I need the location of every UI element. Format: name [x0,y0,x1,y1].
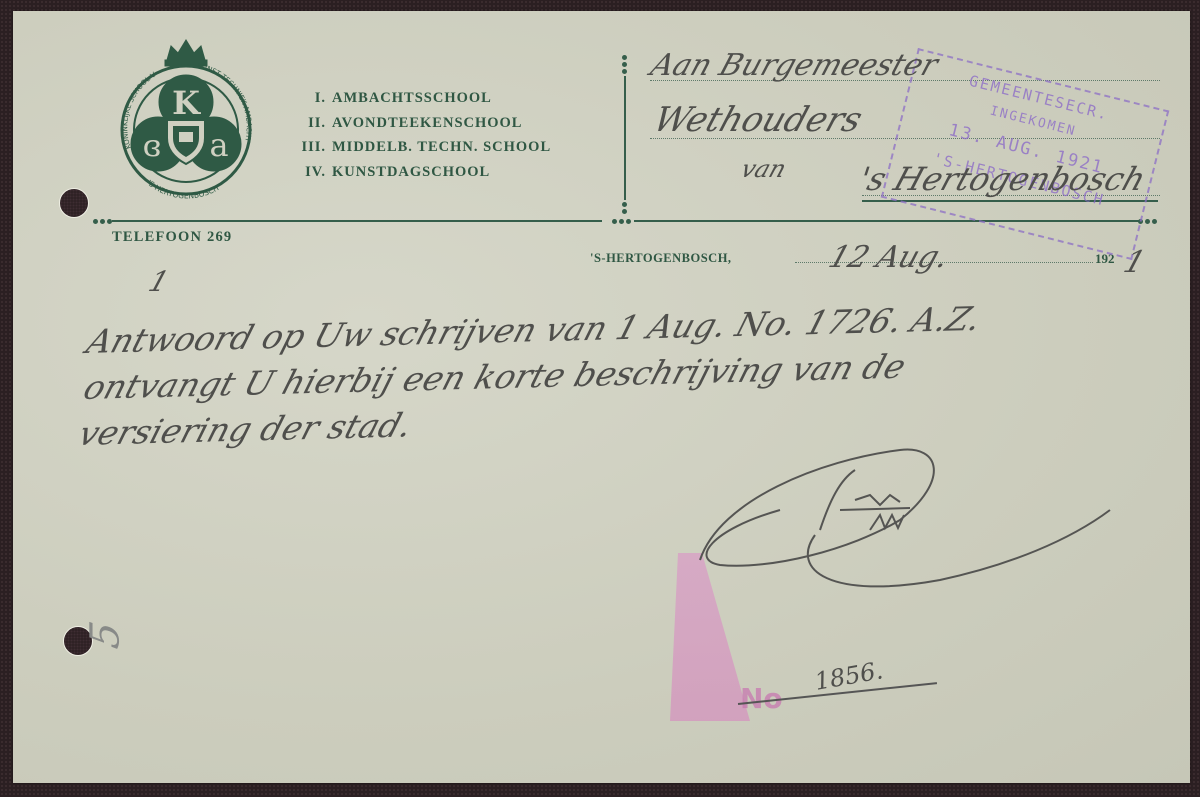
svg-text:ɞ: ɞ [143,129,161,164]
rule-dot [612,219,617,224]
svg-text:a: a [209,126,228,164]
svg-text:K: K [172,84,201,122]
punch-hole-top [59,188,89,218]
telephone-number: TELEFOON 269 [112,229,232,246]
rule-dot [107,219,112,224]
school-item: IV. KUNSTDAGSCHOOL [288,160,551,185]
rule-dot [93,219,98,224]
rule-dot [619,219,624,224]
address-line-2: Wethouders [649,100,868,140]
divider-dot [622,62,627,67]
divider-dot [622,69,627,74]
school-item: II. AVONDTEEKENSCHOOL [288,111,551,136]
letterhead-divider [624,76,626,200]
divider-dot [622,209,627,214]
school-list: I. AMBACHTSSCHOOL II. AVONDTEEKENSCHOOL … [288,86,551,184]
school-crest-logo: K ɞ a KONINKLIJKE SCHOOL V KUNST TECHNIE… [115,38,257,200]
address-line-1: Aan Burgemeester [646,48,942,83]
letterhead-rule-left [112,220,602,222]
rule-dot [626,219,631,224]
rule-dot [1145,219,1150,224]
school-item: I. AMBACHTSSCHOOL [288,86,551,111]
date-day-month: 12 Aug. [824,240,953,275]
school-item: III. MIDDELB. TECHN. SCHOOL [288,135,551,160]
rule-dot [1152,219,1157,224]
divider-dot [622,202,627,207]
divider-dot [622,55,627,60]
address-line-3: van [737,155,789,183]
place-name: 'S-HERTOGENBOSCH, [590,251,732,266]
address-line-4: 's Hertogenbosch [854,160,1151,198]
signature [680,440,1120,600]
rule-dot [100,219,105,224]
